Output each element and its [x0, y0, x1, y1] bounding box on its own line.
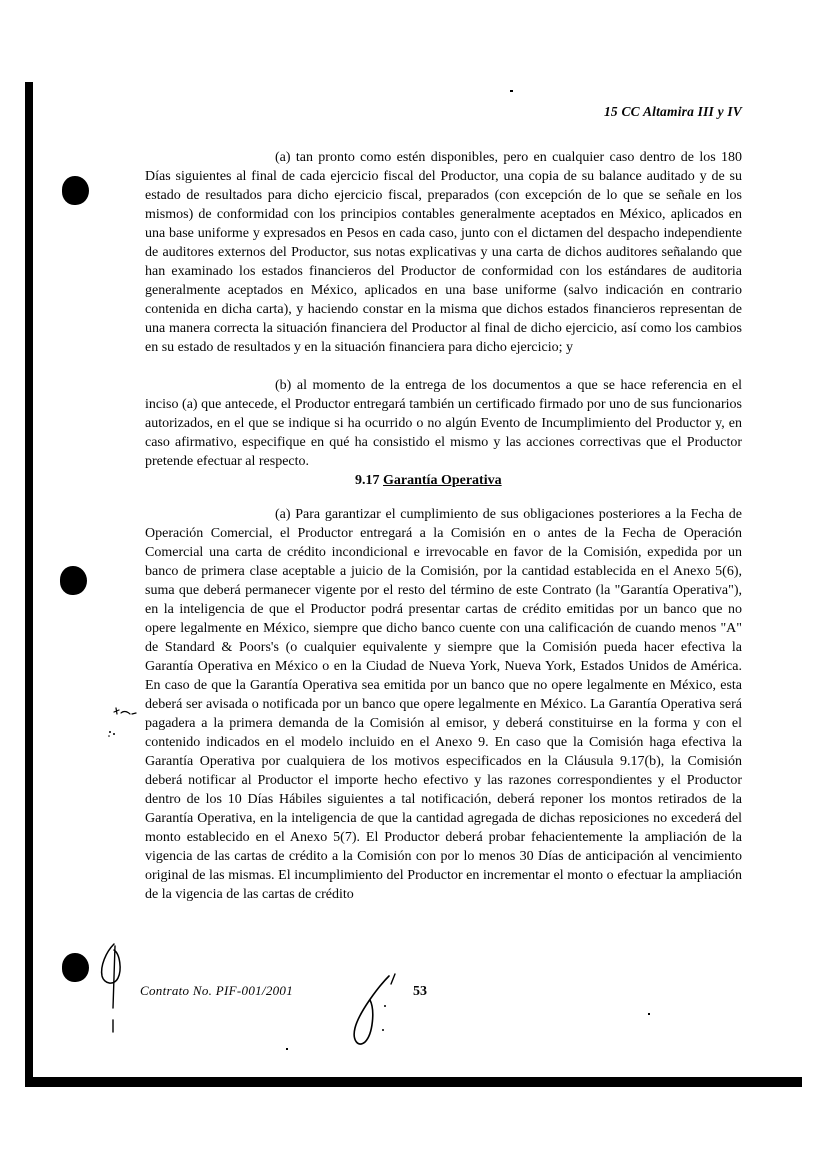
hole-punch-mark: [60, 566, 87, 595]
scan-edge-bar-left: [25, 82, 33, 1087]
margin-scribble-mark: [106, 706, 146, 740]
section-title: Garantía Operativa: [383, 473, 502, 488]
hole-punch-mark: [62, 953, 89, 982]
scan-speck: [510, 90, 513, 92]
contract-text-block: (a) tan pronto como estén disponibles, p…: [145, 148, 742, 904]
hole-punch-mark: [62, 176, 89, 205]
section-heading-9-17: 9.17 Garantía Operativa: [145, 471, 742, 490]
running-header: 15 CC Altamira III y IV: [445, 104, 742, 120]
scan-edge-bar-bottom: [25, 1077, 802, 1087]
footer-contract-number: Contrato No. PIF-001/2001: [140, 983, 293, 999]
scan-speck: [286, 1048, 288, 1050]
scan-speck: [648, 1013, 650, 1015]
scanned-contract-page: 15 CC Altamira III y IV (a) tan pronto c…: [0, 0, 828, 1169]
signature-pen-loop-mark: [345, 972, 405, 1052]
clause-b-paragraph: (b) al momento de la entrega de los docu…: [145, 376, 742, 471]
clause-9-17-a-paragraph: (a) Para garantizar el cumplimiento de s…: [145, 505, 742, 904]
margin-pen-stroke-mark: [94, 942, 130, 1042]
clause-a-paragraph: (a) tan pronto como estén disponibles, p…: [145, 148, 742, 357]
footer-page-number: 53: [413, 984, 427, 1000]
section-number: 9.17: [355, 473, 380, 488]
